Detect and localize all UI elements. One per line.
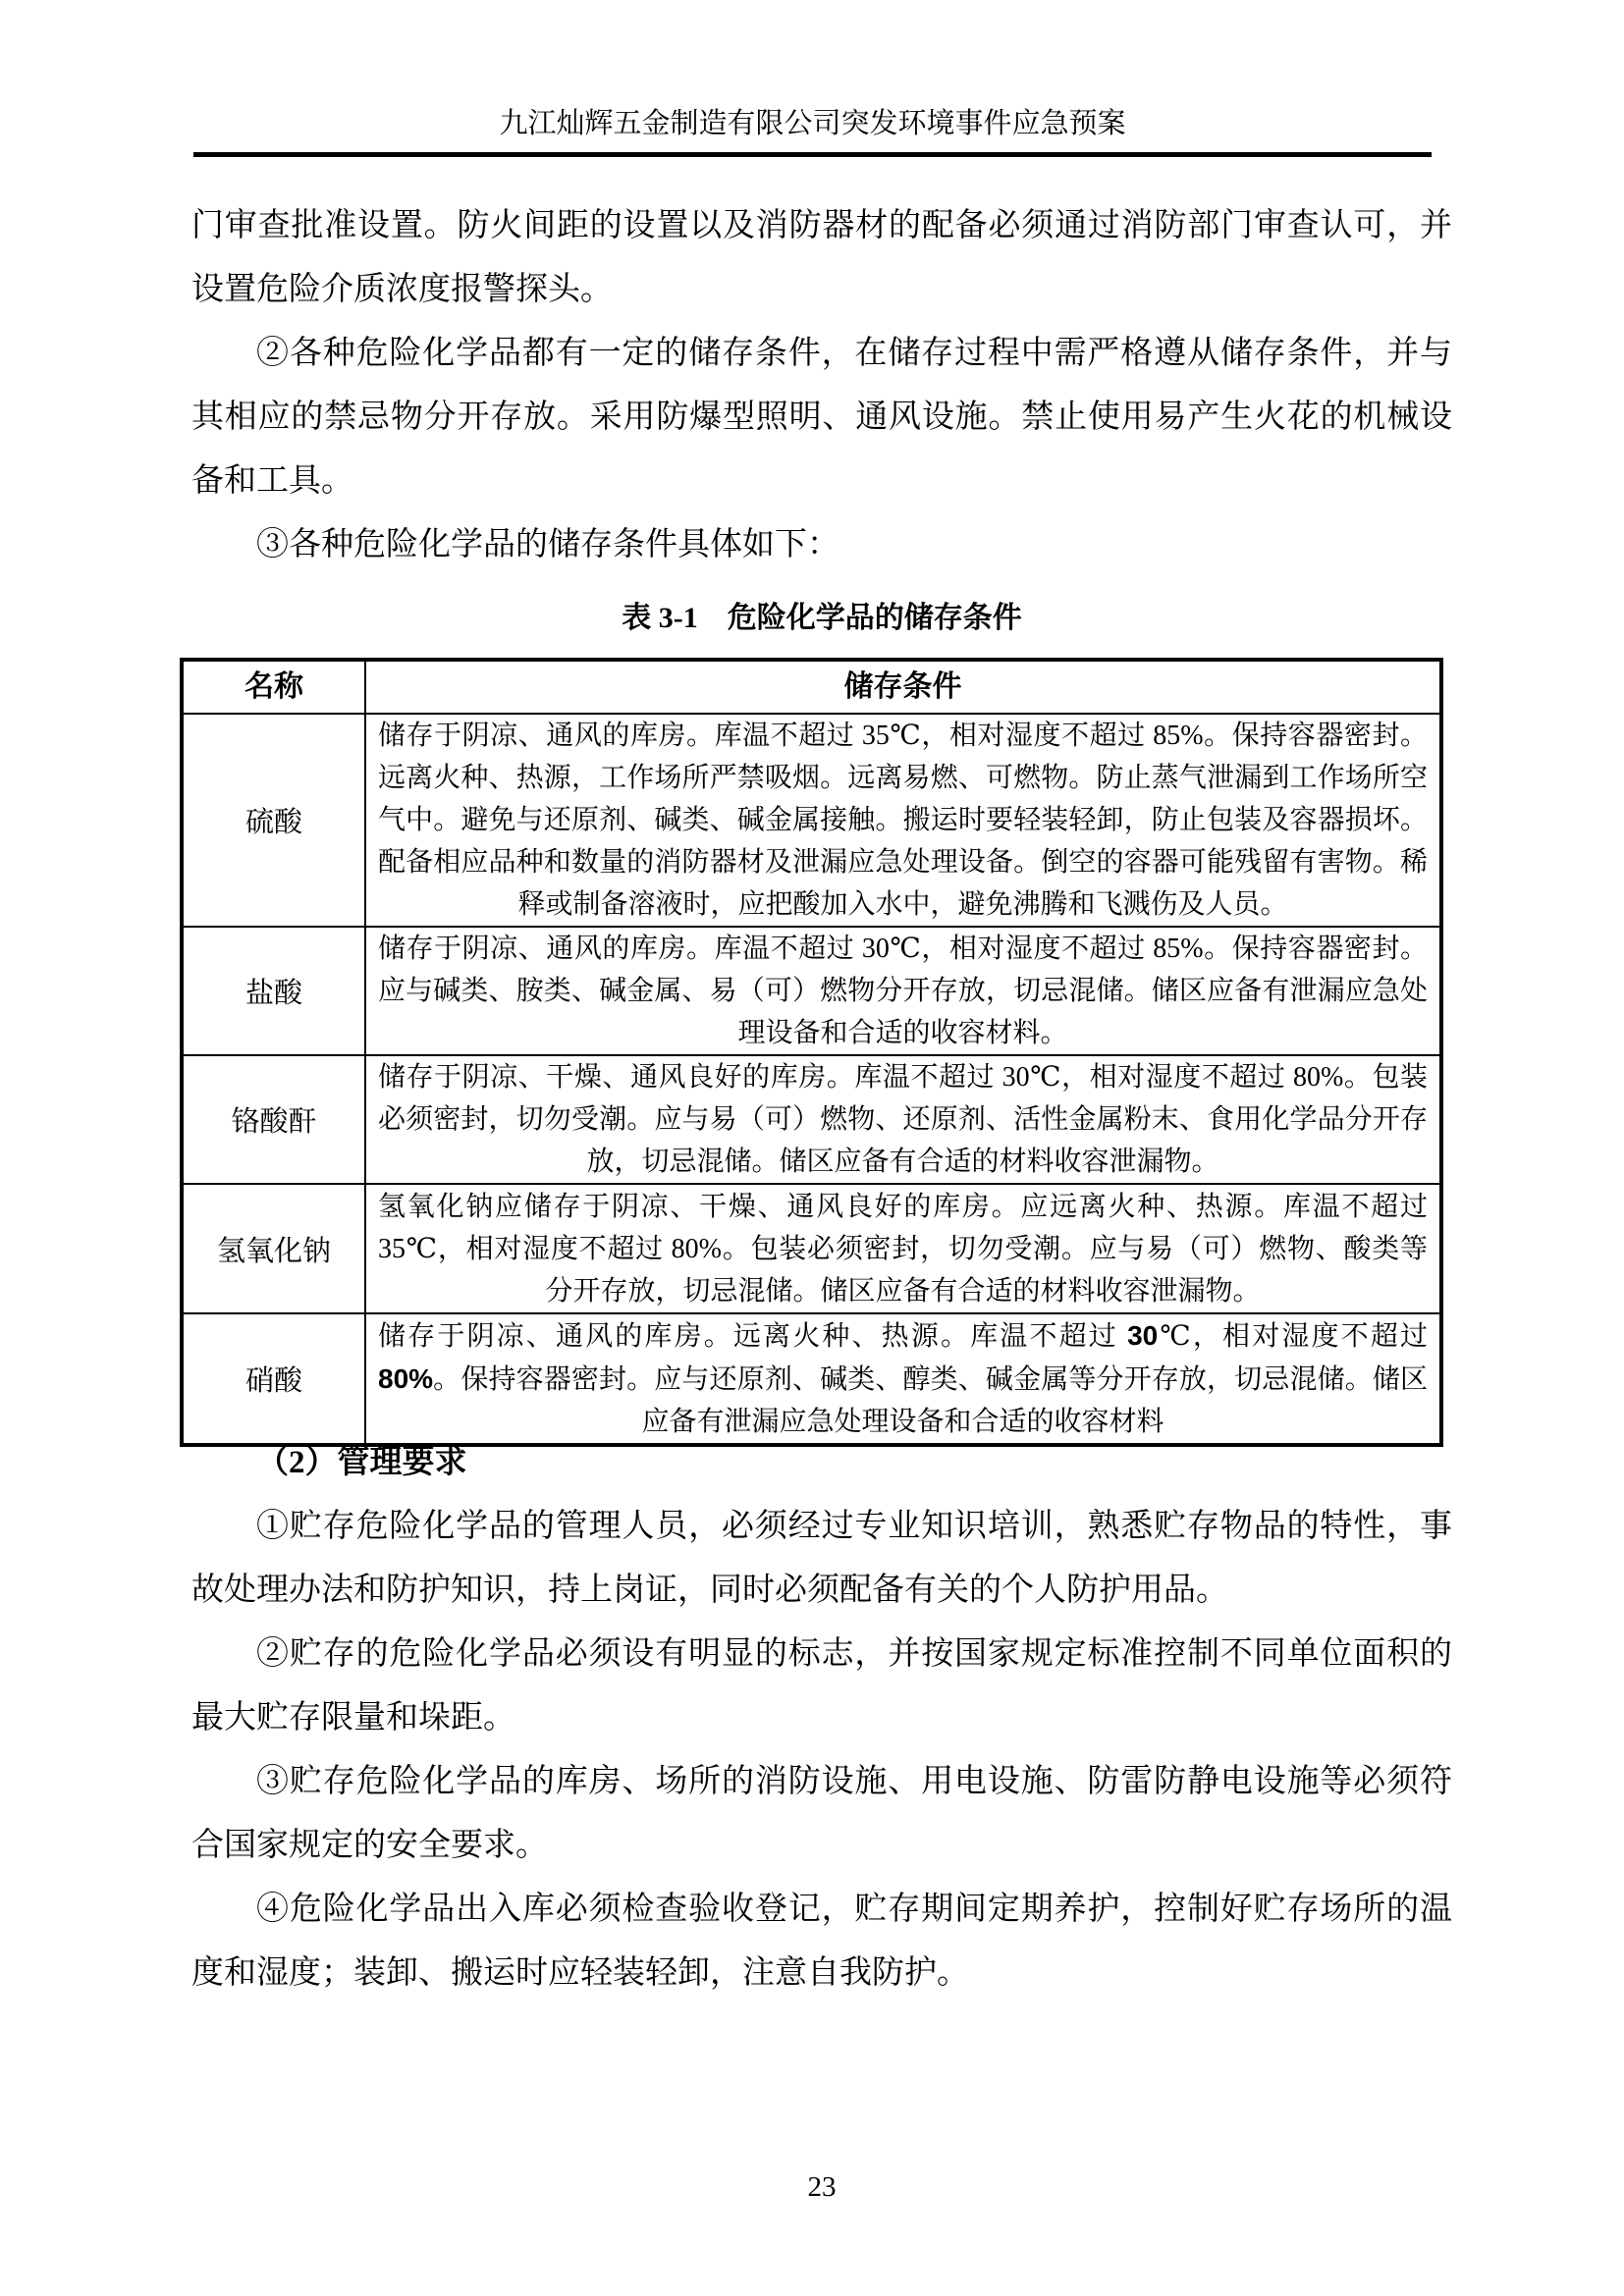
condition-temperature-value: 30	[1127, 1320, 1158, 1351]
paragraph-management-4: ④危险化学品出入库必须检查验收登记，贮存期间定期养护，控制好贮存场所的温度和湿度…	[191, 1878, 1452, 2005]
intro-section: 门审查批准设置。防火间距的设置以及消防器材的配备必须通过消防部门审查认可，并设置…	[191, 194, 1452, 577]
storage-condition: 储存于阴凉、干燥、通风良好的库房。库温不超过 30℃，相对湿度不超过 80%。包…	[365, 1055, 1441, 1184]
table-title: 表 3-1 危险化学品的储存条件	[191, 601, 1452, 636]
condition-humidity-value: 80%	[378, 1363, 433, 1394]
condition-text-part: 。保持容器密封。应与还原剂、碱类、醇类、碱金属等分开存放，切忌混储。储区应备有泄…	[433, 1364, 1428, 1437]
chemical-name: 盐酸	[182, 927, 365, 1055]
chemical-name: 氢氧化钠	[182, 1184, 365, 1313]
paragraph-management-1: ①贮存危险化学品的管理人员，必须经过专业知识培训，熟悉贮存物品的特性，事故处理办…	[191, 1495, 1452, 1623]
chemical-name: 硫酸	[182, 714, 365, 927]
header-title: 九江灿辉五金制造有限公司突发环境事件应急预案	[499, 108, 1125, 139]
page-number: 23	[191, 2171, 1452, 2204]
document-page: 九江灿辉五金制造有限公司突发环境事件应急预案 门审查批准设置。防火间距的设置以及…	[0, 0, 1624, 2296]
paragraph-continuation: 门审查批准设置。防火间距的设置以及消防器材的配备必须通过消防部门审查认可，并设置…	[191, 194, 1452, 322]
storage-condition: 储存于阴凉、通风的库房。远离火种、热源。库温不超过 30℃，相对湿度不超过 80…	[365, 1313, 1441, 1445]
paragraph-management-3: ③贮存危险化学品的库房、场所的消防设施、用电设施、防雷防静电设施等必须符合国家规…	[191, 1750, 1452, 1878]
table-row-hydrochloric-acid: 盐酸 储存于阴凉、通风的库房。库温不超过 30℃，相对湿度不超过 85%。保持容…	[182, 927, 1441, 1055]
table-row-sodium-hydroxide: 氢氧化钠 氢氧化钠应储存于阴凉、干燥、通风良好的库房。应远离火种、热源。库温不超…	[182, 1184, 1441, 1313]
section-heading-management: （2）管理要求	[191, 1431, 1452, 1495]
storage-condition: 储存于阴凉、通风的库房。库温不超过 35℃，相对湿度不超过 85%。保持容器密封…	[365, 714, 1441, 927]
paragraph-storage-conditions: ②各种危险化学品都有一定的储存条件，在储存过程中需严格遵从储存条件，并与其相应的…	[191, 322, 1452, 513]
condition-text-part: ℃，相对湿度不超过	[1158, 1321, 1428, 1352]
storage-conditions-table: 名称 储存条件 硫酸 储存于阴凉、通风的库房。库温不超过 35℃，相对湿度不超过…	[180, 658, 1443, 1447]
table-row-sulfuric-acid: 硫酸 储存于阴凉、通风的库房。库温不超过 35℃，相对湿度不超过 85%。保持容…	[182, 714, 1441, 927]
page-header: 九江灿辉五金制造有限公司突发环境事件应急预案	[193, 106, 1432, 141]
column-header-condition: 储存条件	[365, 660, 1441, 714]
column-header-name: 名称	[182, 660, 365, 714]
table-row-nitric-acid: 硝酸 储存于阴凉、通风的库房。远离火种、热源。库温不超过 30℃，相对湿度不超过…	[182, 1313, 1441, 1445]
chemical-name: 硝酸	[182, 1313, 365, 1445]
header-divider	[193, 152, 1432, 157]
paragraph-table-lead-in: ③各种危险化学品的储存条件具体如下：	[191, 513, 1452, 577]
paragraph-management-2: ②贮存的危险化学品必须设有明显的标志，并按国家规定标准控制不同单位面积的最大贮存…	[191, 1623, 1452, 1750]
table-row-chromic-anhydride: 铬酸酐 储存于阴凉、干燥、通风良好的库房。库温不超过 30℃，相对湿度不超过 8…	[182, 1055, 1441, 1184]
condition-text-part: 储存于阴凉、通风的库房。远离火种、热源。库温不超过	[378, 1321, 1127, 1352]
storage-condition: 储存于阴凉、通风的库房。库温不超过 30℃，相对湿度不超过 85%。保持容器密封…	[365, 927, 1441, 1055]
chemical-name: 铬酸酐	[182, 1055, 365, 1184]
storage-condition: 氢氧化钠应储存于阴凉、干燥、通风良好的库房。应远离火种、热源。库温不超过 35℃…	[365, 1184, 1441, 1313]
table-header-row: 名称 储存条件	[182, 660, 1441, 714]
management-section: （2）管理要求 ①贮存危险化学品的管理人员，必须经过专业知识培训，熟悉贮存物品的…	[191, 1431, 1452, 2005]
